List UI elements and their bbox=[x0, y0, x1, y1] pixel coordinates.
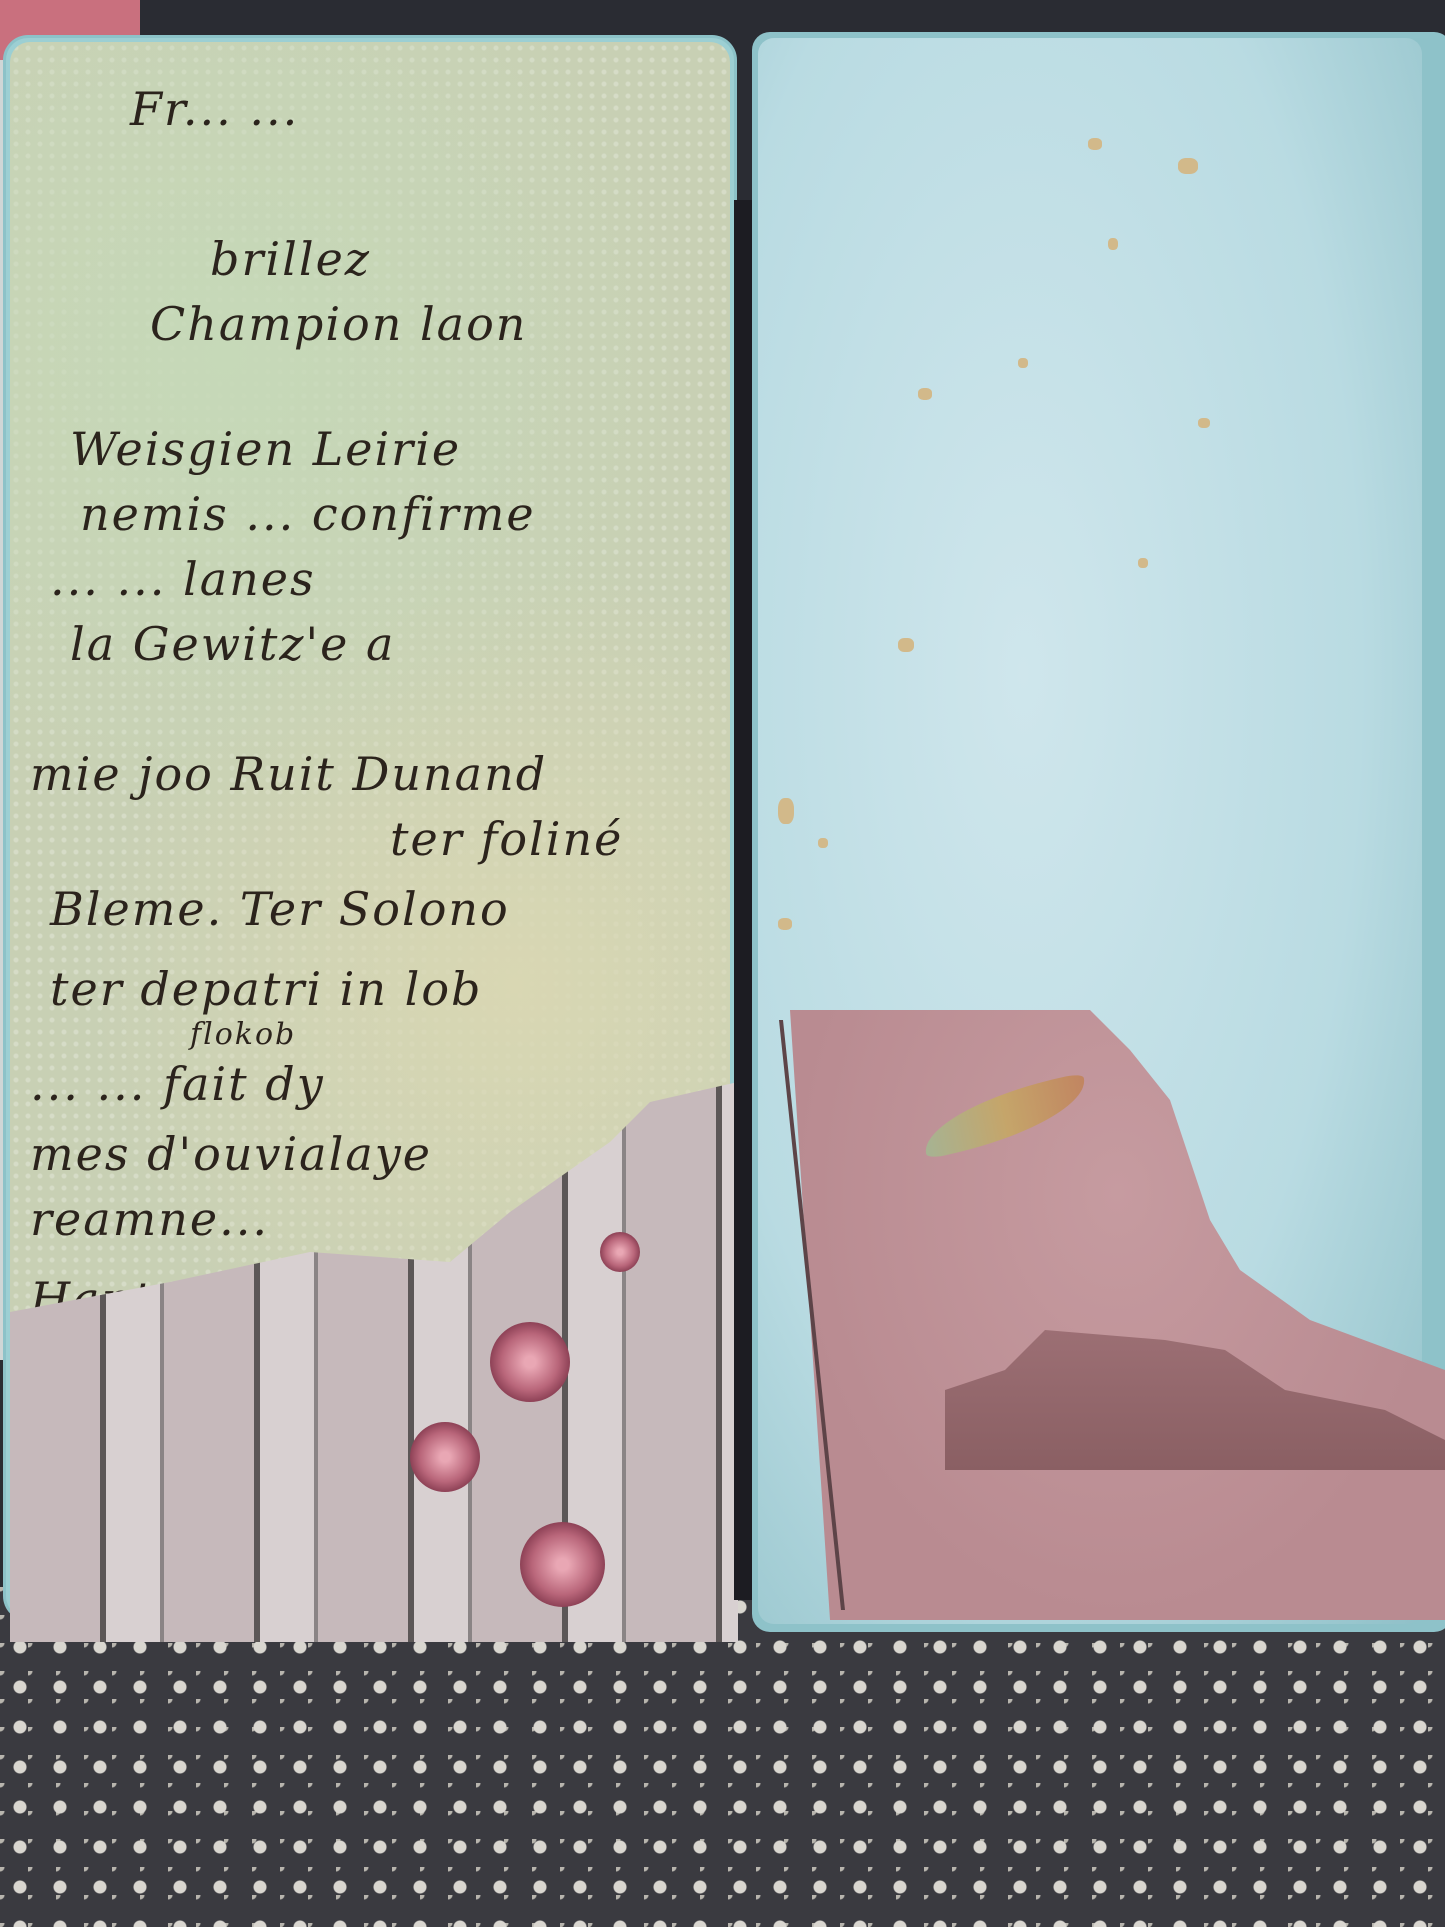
gold-fleck bbox=[918, 388, 932, 400]
script-line: flokob bbox=[190, 1017, 296, 1052]
gold-fleck bbox=[1198, 418, 1210, 428]
rose bbox=[490, 1322, 570, 1402]
script-line: brillez bbox=[210, 232, 371, 286]
rose bbox=[520, 1522, 605, 1607]
script-line: nemis ... confirme bbox=[80, 487, 536, 541]
gold-fleck bbox=[1138, 558, 1148, 568]
crumbling-wall bbox=[945, 1330, 1445, 1470]
script-line: Fr... ... bbox=[130, 82, 299, 136]
script-line: mes d'ouvialaye bbox=[30, 1127, 432, 1181]
gold-fleck bbox=[1018, 358, 1028, 368]
script-line: ... ... lanes bbox=[50, 552, 316, 606]
rose bbox=[410, 1422, 480, 1492]
gold-fleck bbox=[1108, 238, 1118, 250]
script-line: ... ... fait dy bbox=[30, 1057, 325, 1111]
gold-fleck bbox=[1088, 138, 1102, 150]
script-line: mie joo Ruit Dunand bbox=[30, 747, 547, 801]
gold-fleck bbox=[1178, 158, 1198, 174]
script-line: Champion laon bbox=[150, 297, 527, 351]
gold-fleck bbox=[818, 838, 828, 848]
gold-fleck bbox=[778, 918, 792, 930]
journal-spine bbox=[734, 200, 752, 1600]
script-line: la Gewitz'e a bbox=[70, 617, 395, 671]
script-line: Bleme. Ter Solono bbox=[50, 882, 510, 936]
left-journal-page: Fr... ... brillez Champion laon Weisgien… bbox=[6, 38, 734, 1618]
vintage-script-paper: Fr... ... brillez Champion laon Weisgien… bbox=[10, 42, 730, 1614]
script-line: ter depatri in lob bbox=[50, 962, 482, 1016]
gold-fleck bbox=[898, 638, 914, 652]
script-line: Weisgien Leirie bbox=[70, 422, 461, 476]
script-line: ter foliné bbox=[390, 812, 623, 866]
script-line: reamne... bbox=[30, 1192, 269, 1246]
rose bbox=[600, 1232, 640, 1272]
gold-fleck bbox=[778, 798, 794, 824]
